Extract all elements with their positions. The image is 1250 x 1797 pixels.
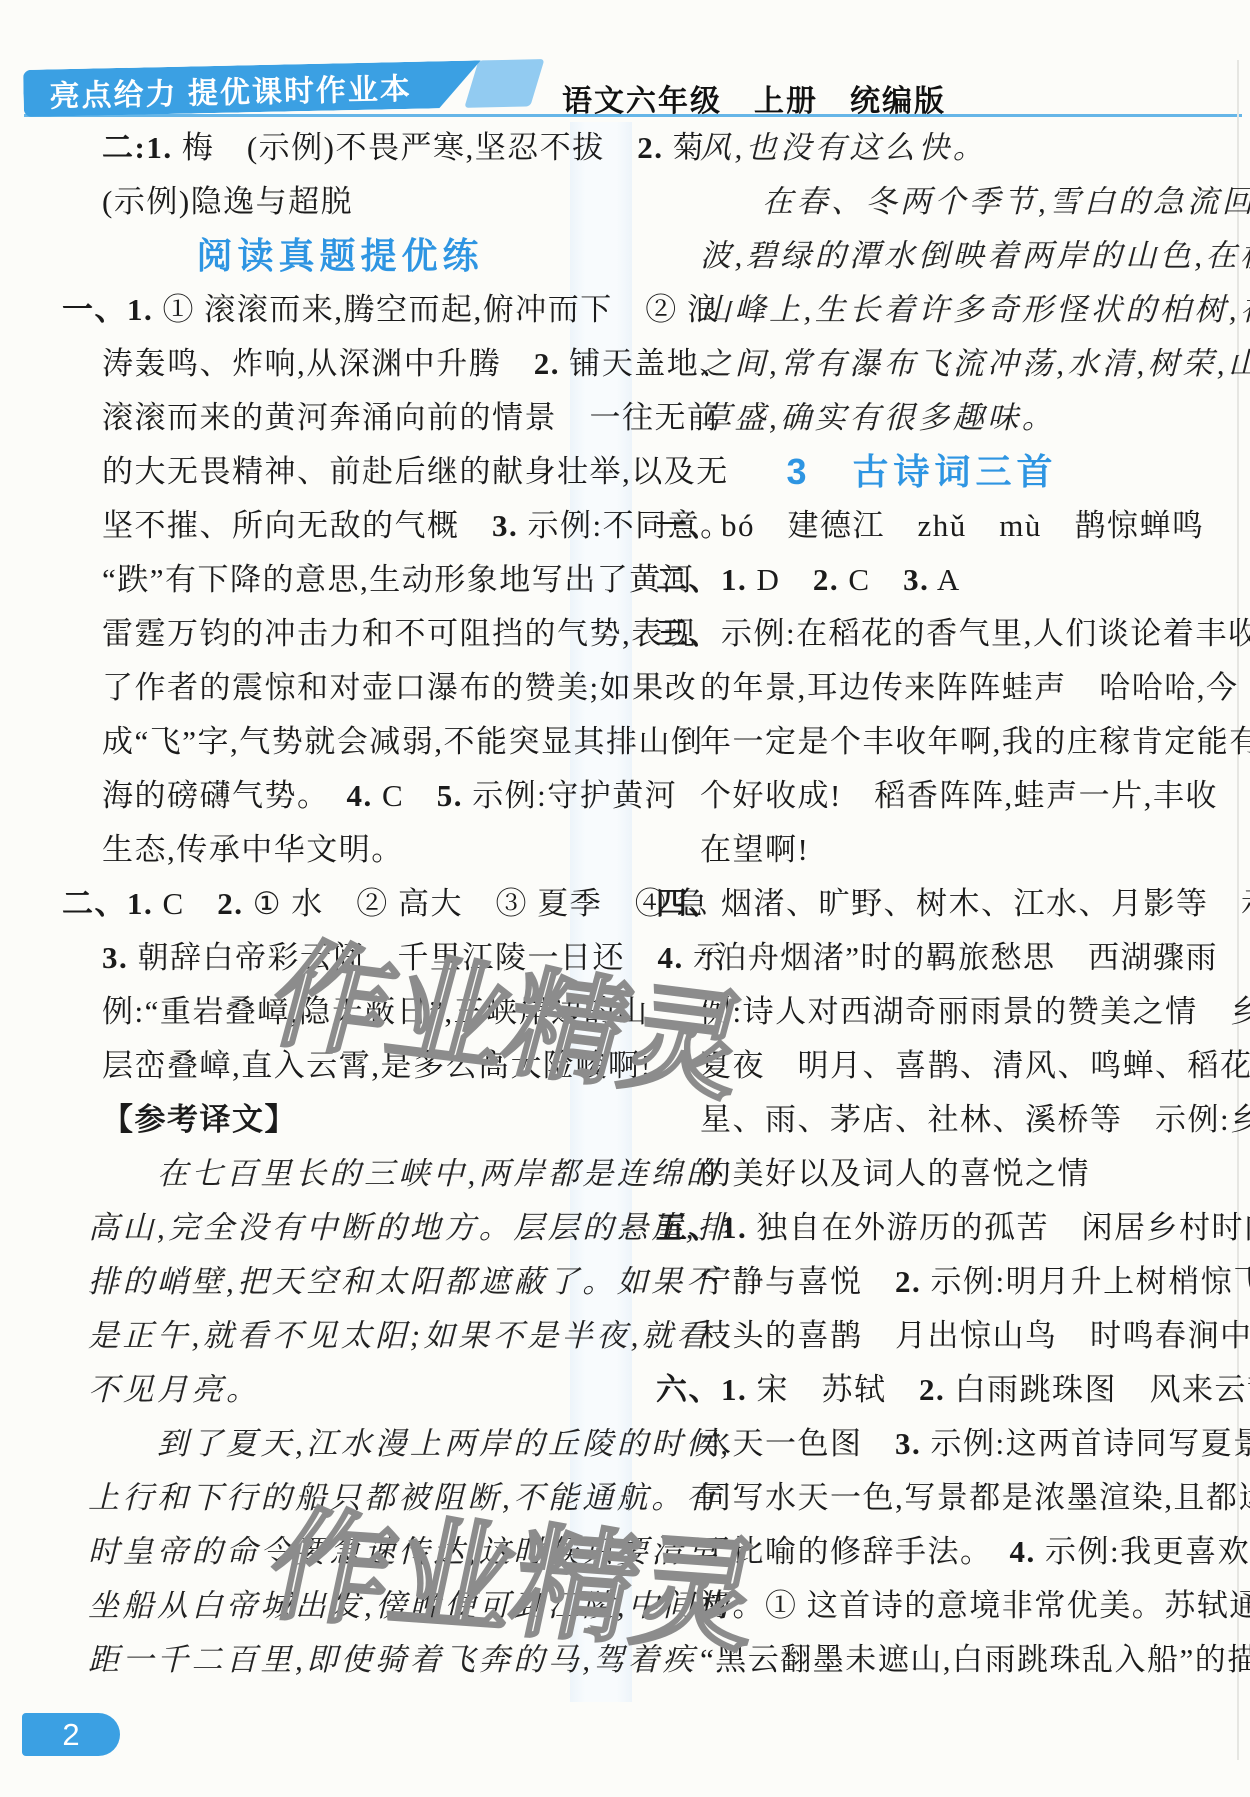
- text-line: 枝头的喜鹊 月出惊山鸟 时鸣春涧中: [650, 1309, 1194, 1363]
- text-line: 草盛,确实有很多趣味。: [650, 391, 1194, 445]
- page-number-badge: 2: [22, 1713, 120, 1756]
- text-line: 在七百里长的三峡中,两岸都是连绵的: [62, 1147, 618, 1201]
- text-line: “跌”有下降的意思,生动形象地写出了黄河: [62, 553, 618, 607]
- brand-banner: 亮点给力 提优课时作业本: [23, 59, 544, 117]
- text-line: 一、1. ① 滚滚而来,腾空而起,俯冲而下 ② 浪: [62, 283, 618, 337]
- text-line: 二、1. C 2. ① 水 ② 高大 ③ 夏季 ④ 急: [62, 877, 618, 931]
- text-line: 了作者的震惊和对壶口瀑布的赞美;如果改: [62, 661, 618, 715]
- text-line: 坐船从白帝城出发,傍晚便可到江陵,中间相: [62, 1579, 618, 1633]
- section-heading: 3 古诗词三首: [650, 445, 1194, 499]
- text-line: 【参考译文】: [62, 1093, 618, 1147]
- text-line: 星、雨、茅店、社林、溪桥等 示例:乡村丰年: [650, 1093, 1194, 1147]
- text-line: 二、1. D 2. C 3. A: [650, 553, 1194, 607]
- text-line: 的美好以及词人的喜悦之情: [650, 1147, 1194, 1201]
- text-line: 个好收成! 稻香阵阵,蛙声一片,丰收: [650, 769, 1194, 823]
- text-line: 上行和下行的船只都被阻断,不能通航。有: [62, 1471, 618, 1525]
- page-number: 2: [62, 1719, 79, 1750]
- text-line: 时皇帝的命令要急速传达,这时候只要清早: [62, 1525, 618, 1579]
- text-line: 了比喻的修辞手法。 4. 示例:我更喜欢乙: [650, 1525, 1194, 1579]
- text-line: 坚不摧、所向无敌的气概 3. 示例:不同意。: [62, 499, 618, 553]
- right-column: 风,也没有这么快。在春、冬两个季节,雪白的急流回旋着清波,碧绿的潭水倒映着两岸的…: [650, 121, 1194, 1687]
- text-line: 生态,传承中华文明。: [62, 823, 618, 877]
- text-line: 波,碧绿的潭水倒映着两岸的山色,在极高的: [650, 229, 1194, 283]
- text-line: 到了夏天,江水漫上两岸的丘陵的时候,: [62, 1417, 618, 1471]
- text-line: 水天一色图 3. 示例:这两首诗同写夏景,: [650, 1417, 1194, 1471]
- text-line: 距一千二百里,即使骑着飞奔的马,驾着疾: [62, 1633, 618, 1687]
- text-line: 山峰上,生长着许多奇形怪状的柏树,在山峰: [650, 283, 1194, 337]
- text-line: 是正午,就看不见太阳;如果不是半夜,就看: [62, 1309, 618, 1363]
- brand-title: 亮点给力 提优课时作业本: [23, 63, 412, 115]
- text-line: 四、烟渚、旷野、树木、江水、月影等 示例:诗人: [650, 877, 1194, 931]
- text-line: (示例)隐逸与超脱: [62, 175, 618, 229]
- text-line: 六、1. 宋 苏轼 2. 白雨跳珠图 风来云散图: [650, 1363, 1194, 1417]
- text-line: “黑云翻墨未遮山,白雨跳珠乱入船”的描绘,: [650, 1633, 1194, 1687]
- brand-banner-accent: [464, 59, 544, 108]
- text-line: 夏夜 明月、喜鹊、清风、鸣蝉、稻花、蛙声、: [650, 1039, 1194, 1093]
- text-line: 同写水天一色,写景都是浓墨渲染,且都运用: [650, 1471, 1194, 1525]
- text-line: 之间,常有瀑布飞流冲荡,水清,树荣,山高,: [650, 337, 1194, 391]
- text-line: 雷霆万钧的冲击力和不可阻挡的气势,表现: [62, 607, 618, 661]
- text-line: 排的峭壁,把天空和太阳都遮蔽了。如果不: [62, 1255, 618, 1309]
- text-line: 不见月亮。: [62, 1363, 618, 1417]
- text-line: 诗。① 这首诗的意境非常优美。苏轼通过: [650, 1579, 1194, 1633]
- text-line: 3. 朝辞白帝彩云间 千里江陵一日还 4. 示: [62, 931, 618, 985]
- text-line: 高山,完全没有中断的地方。层层的悬崖,排: [62, 1201, 618, 1255]
- text-line: 成“飞”字,气势就会减弱,不能突显其排山倒: [62, 715, 618, 769]
- text-line: 一、bó 建德江 zhǔ mù 鹊惊蝉鸣: [650, 499, 1194, 553]
- text-line: 三、示例:在稻花的香气里,人们谈论着丰收: [650, 607, 1194, 661]
- text-line: 例:诗人对西湖奇丽雨景的赞美之情 乡村: [650, 985, 1194, 1039]
- brand-banner-main: 亮点给力 提优课时作业本: [23, 60, 496, 117]
- section-heading: 阅读真题提优练: [62, 229, 618, 283]
- text-line: 的年景,耳边传来阵阵蛙声 哈哈哈,今: [650, 661, 1194, 715]
- text-line: 滚滚而来的黄河奔涌向前的情景 一往无前: [62, 391, 618, 445]
- text-line: 风,也没有这么快。: [650, 121, 1194, 175]
- text-line: 年一定是个丰收年啊,我的庄稼肯定能有: [650, 715, 1194, 769]
- book-title: 语文六年级 上册 统编版: [562, 76, 946, 120]
- page: 亮点给力 提优课时作业本 语文六年级 上册 统编版 二:1. 梅 (示例)不畏严…: [0, 0, 1250, 1797]
- text-line: 层峦叠嶂,直入云霄,是多么高大险峻啊!: [62, 1039, 618, 1093]
- text-line: 在春、冬两个季节,雪白的急流回旋着清: [650, 175, 1194, 229]
- text-line: 二:1. 梅 (示例)不畏严寒,坚忍不拔 2. 菊: [62, 121, 618, 175]
- text-line: 宁静与喜悦 2. 示例:明月升上树梢惊飞了: [650, 1255, 1194, 1309]
- text-line: 在望啊!: [650, 823, 1194, 877]
- text-line: 例:“重岩叠嶂,隐天蔽日”,三峡岸边的山: [62, 985, 618, 1039]
- left-column: 二:1. 梅 (示例)不畏严寒,坚忍不拔 2. 菊(示例)隐逸与超脱阅读真题提优…: [62, 121, 618, 1687]
- text-line: 海的磅礴气势。 4. C 5. 示例:守护黄河: [62, 769, 618, 823]
- text-line: 的大无畏精神、前赴后继的献身壮举,以及无: [62, 445, 618, 499]
- text-line: “泊舟烟渚”时的羁旅愁思 西湖骤雨 示: [650, 931, 1194, 985]
- text-line: 涛轰鸣、炸响,从深渊中升腾 2. 铺天盖地、: [62, 337, 618, 391]
- text-line: 五、1. 独自在外游历的孤苦 闲居乡村时内心的: [650, 1201, 1194, 1255]
